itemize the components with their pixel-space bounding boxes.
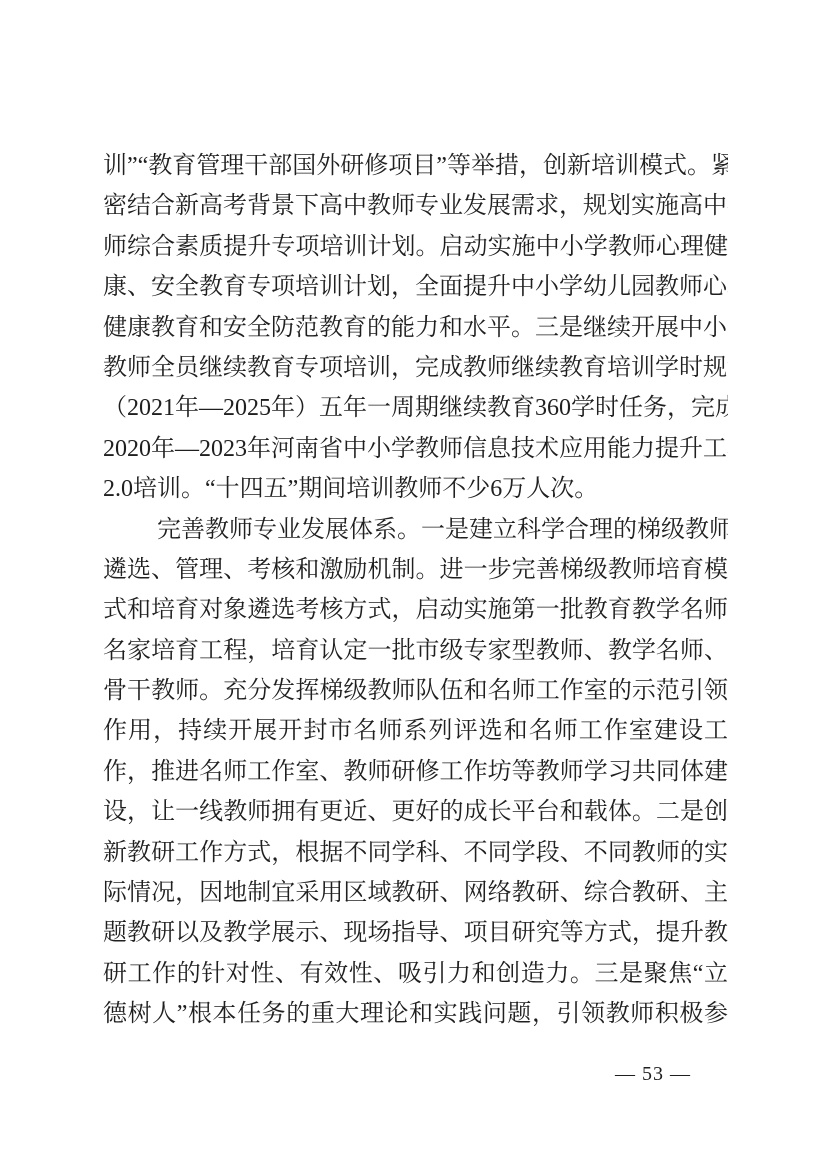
text-line: 作用，持续开展开封市名师系列评选和名师工作室建设工 xyxy=(103,711,728,751)
text-line: 际情况，因地制宜采用区域教研、网络教研、综合教研、主 xyxy=(103,873,728,913)
paragraph: 完善教师专业发展体系。一是建立科学合理的梯级教师遴选、管理、考核和激励机制。进一… xyxy=(103,510,728,1035)
text-line: 研工作的针对性、有效性、吸引力和创造力。三是聚焦“立 xyxy=(103,954,728,994)
text-line: 设，让一线教师拥有更近、更好的成长平台和载体。二是创 xyxy=(103,792,728,832)
text-line: 新教研工作方式，根据不同学科、不同学段、不同教师的实 xyxy=(103,833,728,873)
page-number: — 53 — xyxy=(615,1061,691,1087)
document-page: 训”“教育管理干部国外研修项目”等举措，创新培训模式。紧密结合新高考背景下高中教… xyxy=(0,0,826,1169)
text-line: 训”“教育管理干部国外研修项目”等举措，创新培训模式。紧 xyxy=(103,146,728,186)
text-line: 师综合素质提升专项培训计划。启动实施中小学教师心理健 xyxy=(103,227,728,267)
text-line: 骨干教师。充分发挥梯级教师队伍和名师工作室的示范引领 xyxy=(103,671,728,711)
text-line: 健康教育和安全防范教育的能力和水平。三是继续开展中小学 xyxy=(103,308,728,348)
text-line: 2020年—2023年河南省中小学教师信息技术应用能力提升工程 xyxy=(103,429,728,469)
text-line: 完善教师专业发展体系。一是建立科学合理的梯级教师 xyxy=(103,510,728,550)
text-line: 密结合新高考背景下高中教师专业发展需求，规划实施高中教 xyxy=(103,186,728,226)
text-line: 遴选、管理、考核和激励机制。进一步完善梯级教师培育模 xyxy=(103,550,728,590)
text-line: 名家培育工程，培育认定一批市级专家型教师、教学名师、 xyxy=(103,631,728,671)
text-line: 题教研以及教学展示、现场指导、项目研究等方式，提升教 xyxy=(103,913,728,953)
text-line: 康、安全教育专项培训计划，全面提升中小学幼儿园教师心理 xyxy=(103,267,728,307)
text-line: 作，推进名师工作室、教师研修工作坊等教师学习共同体建 xyxy=(103,752,728,792)
paragraph: 训”“教育管理干部国外研修项目”等举措，创新培训模式。紧密结合新高考背景下高中教… xyxy=(103,146,728,510)
text-line: 教师全员继续教育专项培训，完成教师继续教育培训学时规划 xyxy=(103,348,728,388)
document-body: 训”“教育管理干部国外研修项目”等举措，创新培训模式。紧密结合新高考背景下高中教… xyxy=(103,146,728,1035)
text-line: 式和培育对象遴选考核方式，启动实施第一批教育教学名师 xyxy=(103,590,728,630)
text-line: 2.0培训。“十四五”期间培训教师不少6万人次。 xyxy=(103,469,728,509)
text-line: 德树人”根本任务的重大理论和实践问题，引领教师积极参 xyxy=(103,994,728,1034)
text-line: （2021年—2025年）五年一周期继续教育360学时任务，完成 xyxy=(103,388,728,428)
